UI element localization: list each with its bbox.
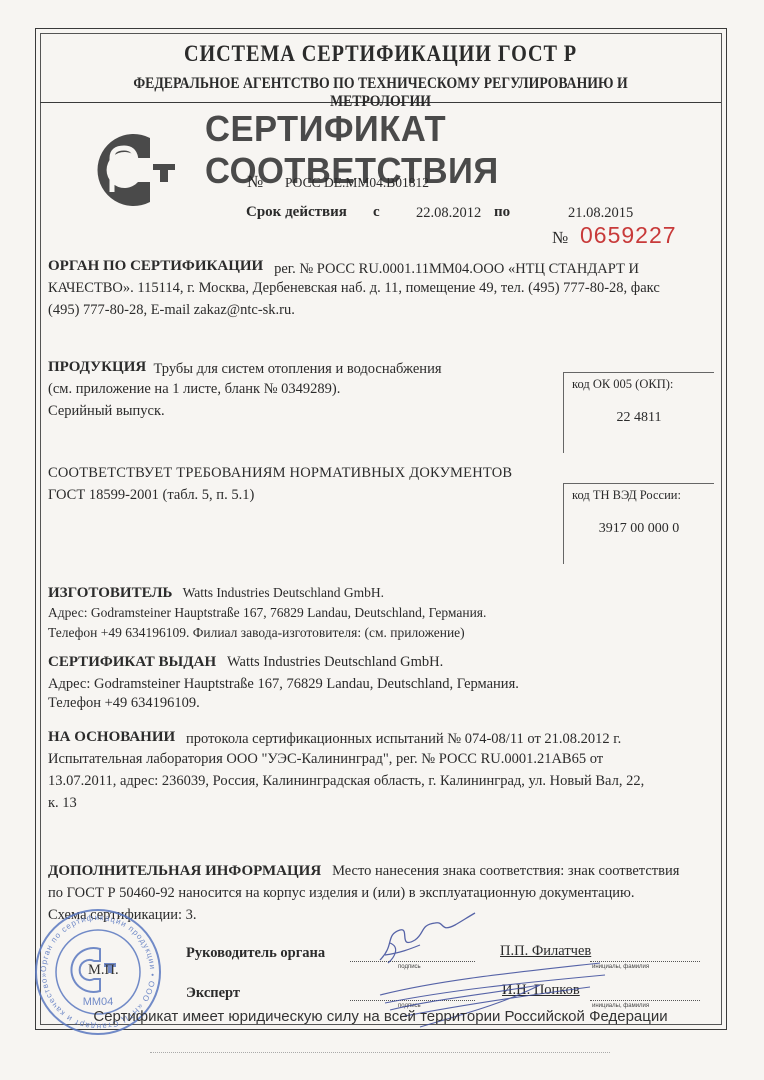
tnved-code-label: код ТН ВЭД России: (564, 484, 714, 503)
certification-body-line2: КАЧЕСТВО». 115114, г. Москва, Дербеневск… (48, 277, 718, 299)
head-of-body-label: Руководитель органа (186, 945, 325, 962)
okp-code-label: код ОК 005 (ОКП): (564, 373, 714, 392)
form-number: 0659227 (580, 222, 677, 249)
issued-to-heading: СЕРТИФИКАТ ВЫДАН (48, 654, 216, 670)
product-line3: Серийный выпуск. (48, 400, 548, 422)
tnved-code-value: 3917 00 000 0 (564, 521, 714, 537)
basis-line3: 13.07.2011, адрес: 236039, Россия, Калин… (48, 770, 718, 792)
reg-number-label: № (247, 172, 263, 192)
basis-line4: к. 13 (48, 792, 718, 814)
basis-line2: Испытательная лаборатория ООО "УЭС-Калин… (48, 748, 718, 770)
validity-label: Срок действия (246, 204, 347, 221)
valid-to-date: 21.08.2015 (568, 205, 633, 222)
basis-heading: НА ОСНОВАНИИ (48, 729, 175, 745)
system-title: СИСТЕМА СЕРТИФИКАЦИИ ГОСТ Р (81, 41, 680, 67)
manufacturer-heading: ИЗГОТОВИТЕЛЬ (48, 585, 172, 601)
certification-body-line3: (495) 777-80-28, E-mail zakaz@ntc-sk.ru. (48, 299, 718, 321)
product-line1: Трубы для систем отопления и водоснабжен… (153, 361, 441, 377)
printer-imprint (150, 1052, 610, 1055)
additional-info-heading: ДОПОЛНИТЕЛЬНАЯ ИНФОРМАЦИЯ (48, 863, 321, 879)
validity-note: Сертификат имеет юридическую силу на все… (40, 1008, 721, 1025)
agency-name: ФЕДЕРАЛЬНОЕ АГЕНТСТВО ПО ТЕХНИЧЕСКОМУ РЕ… (88, 75, 674, 111)
additional-line2: по ГОСТ Р 50460-92 наносится на корпус и… (48, 882, 728, 904)
certification-body-line1: рег. № РОСС RU.0001.11MM04.ООО «НТЦ СТАН… (274, 261, 639, 277)
tnved-code-box: код ТН ВЭД России: 3917 00 000 0 (563, 483, 714, 564)
issued-to-name: Watts Industries Deutschland GmbH. (227, 654, 443, 670)
okp-code-value: 22 4811 (564, 410, 714, 426)
okp-code-box: код ОК 005 (ОКП): 22 4811 (563, 372, 714, 453)
product-line2: (см. приложение на 1 листе, бланк № 0349… (48, 378, 548, 400)
form-number-label: № (552, 228, 568, 248)
certification-body-heading: ОРГАН ПО СЕРТИФИКАЦИИ (48, 258, 263, 274)
compliance-heading: СООТВЕТСТВУЕТ ТРЕБОВАНИЯМ НОРМАТИВНЫХ ДО… (48, 462, 588, 484)
basis-line1: протокола сертификационных испытаний № 0… (186, 731, 621, 747)
seal-label: М.П. (88, 962, 119, 979)
product-heading: ПРОДУКЦИЯ (48, 359, 146, 375)
manufacturer-address: Адрес: Godramsteiner Hauptstraße 167, 76… (48, 602, 718, 624)
to-label: по (494, 204, 510, 221)
manufacturer-name: Watts Industries Deutschland GmbH. (183, 585, 384, 600)
expert-label: Эксперт (186, 985, 240, 1002)
rst-gost-mark-icon (82, 130, 197, 210)
from-label: с (373, 204, 380, 221)
manufacturer-phone: Телефон +49 634196109. Филиал завода-изг… (48, 622, 718, 644)
stamp-code: ММ04 (83, 996, 114, 1008)
valid-from-date: 22.08.2012 (416, 205, 481, 222)
compliance-line1: ГОСТ 18599-2001 (табл. 5, п. 5.1) (48, 484, 588, 506)
issued-to-phone: Телефон +49 634196109. (48, 692, 718, 714)
reg-number: РОСС DE.MM04.B01812 (285, 175, 429, 191)
additional-line1: Место нанесения знака соответствия: знак… (332, 863, 679, 879)
